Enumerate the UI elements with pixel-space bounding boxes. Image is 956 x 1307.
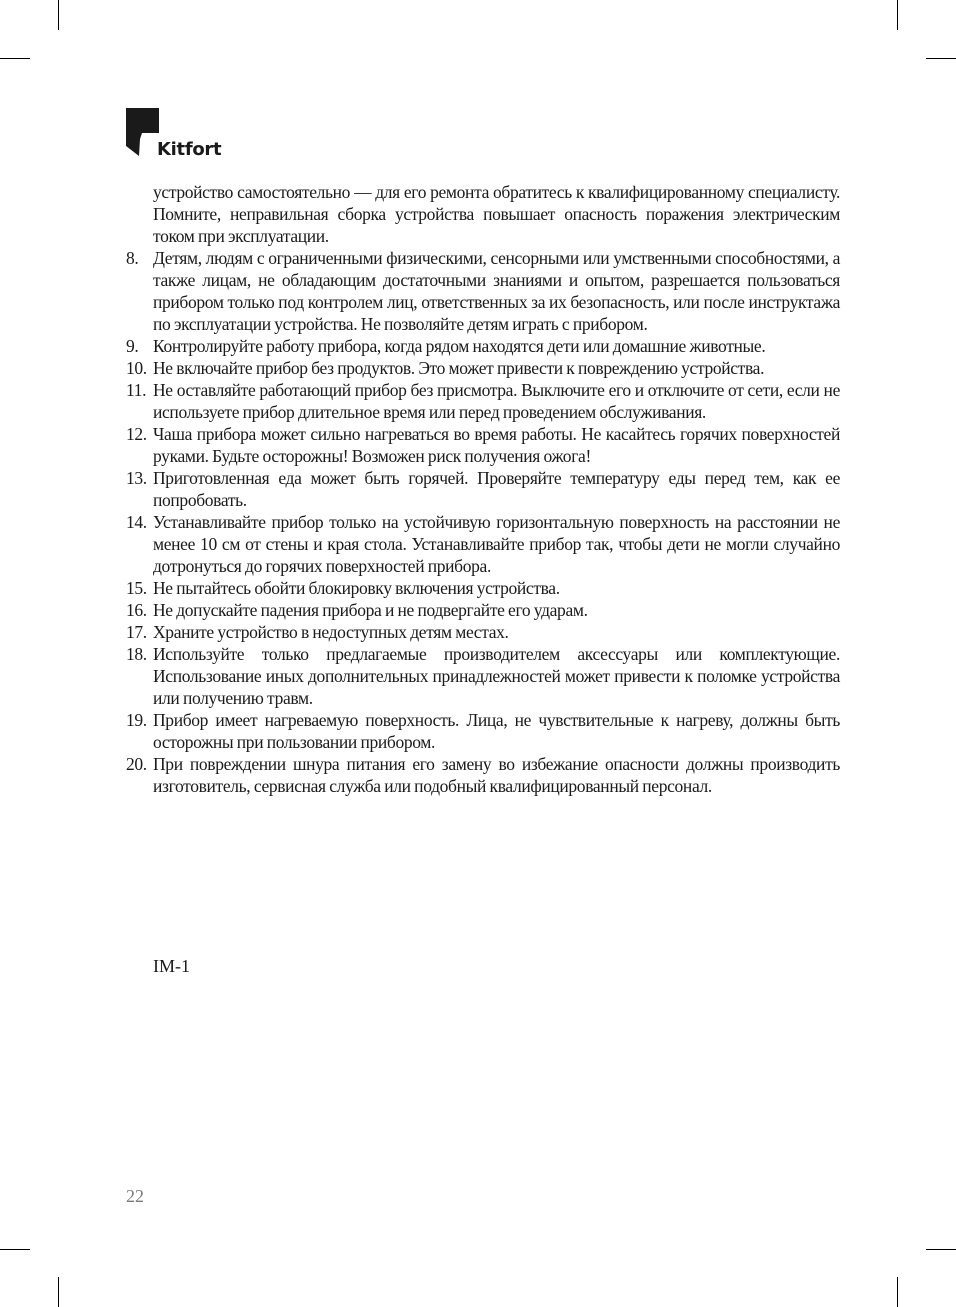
crop-mark-bottom-left-vertical [58,1277,59,1307]
paragraph-text: устройство самостоятельно — для его ремо… [153,182,840,246]
crop-mark-top-right-vertical [897,0,898,30]
page-number: 22 [126,1185,144,1207]
item-text: Не оставляйте работающий прибор без прис… [153,380,840,422]
crop-mark-bottom-right-vertical [897,1277,898,1307]
item-text: Не пытайтесь обойти блокировку включения… [153,578,560,598]
item-number: 10. [126,357,147,379]
item-text: Храните устройство в недоступных детям м… [153,622,509,642]
item-text: Устанавливайте прибор только на устойчив… [153,512,840,576]
list-item: 14. Устанавливайте прибор только на усто… [126,511,840,577]
crop-mark-bottom-left-horizontal [0,1249,30,1250]
item-number: 13. [126,467,147,489]
list-item: 11. Не оставляйте работающий прибор без … [126,379,840,423]
item-number: 19. [126,709,147,731]
brand-name: Kitfort [157,141,221,159]
brand-logo: Kitfort [126,108,226,160]
item-number: 16. [126,599,147,621]
item-number: 8. [126,247,138,269]
list-item: 15. Не пытайтесь обойти блокировку включ… [126,577,840,599]
list-item: 17. Храните устройство в недоступных дет… [126,621,840,643]
item-number: 20. [126,753,147,775]
item-number: 18. [126,643,147,665]
list-item: 20. При повреждении шнура питания его за… [126,753,840,797]
item-number: 15. [126,577,147,599]
item-number: 17. [126,621,147,643]
item-text: Не допускайте падения прибора и не подве… [153,600,588,620]
item-text: Детям, людям с ограниченными физическими… [153,248,840,334]
list-item: 18. Используйте только предлагаемые прои… [126,643,840,709]
item-text: При повреждении шнура питания его замену… [153,754,840,796]
list-item: 10. Не включайте прибор без продуктов. Э… [126,357,840,379]
item-text: Чаша прибора может сильно нагреваться во… [153,424,840,466]
continuation-paragraph: устройство самостоятельно — для его ремо… [126,181,840,247]
model-code: IM-1 [153,955,190,977]
item-number: 9. [126,335,138,357]
list-item: 16. Не допускайте падения прибора и не п… [126,599,840,621]
kitfort-bookmark-logo-icon [126,108,160,156]
item-text: Используйте только предлагаемые производ… [153,644,840,708]
list-item: 8. Детям, людям с ограниченными физическ… [126,247,840,335]
item-number: 14. [126,511,147,533]
item-number: 12. [126,423,147,445]
crop-mark-top-right-horizontal [926,58,956,59]
crop-mark-bottom-right-horizontal [926,1249,956,1250]
list-item: 9. Контролируйте работу прибора, когда р… [126,335,840,357]
item-number: 11. [126,379,146,401]
item-text: Не включайте прибор без продуктов. Это м… [153,358,764,378]
crop-mark-top-left-horizontal [0,58,30,59]
crop-mark-top-left-vertical [58,0,59,30]
item-text: Прибор имеет нагреваемую поверхность. Ли… [153,710,840,752]
list-item: 19. Прибор имеет нагреваемую поверхность… [126,709,840,753]
safety-instructions: устройство самостоятельно — для его ремо… [126,181,840,797]
list-item: 12. Чаша прибора может сильно нагреватьс… [126,423,840,467]
item-text: Приготовленная еда может быть горячей. П… [153,468,840,510]
list-item: 13. Приготовленная еда может быть горяче… [126,467,840,511]
item-text: Контролируйте работу прибора, когда рядо… [153,336,765,356]
